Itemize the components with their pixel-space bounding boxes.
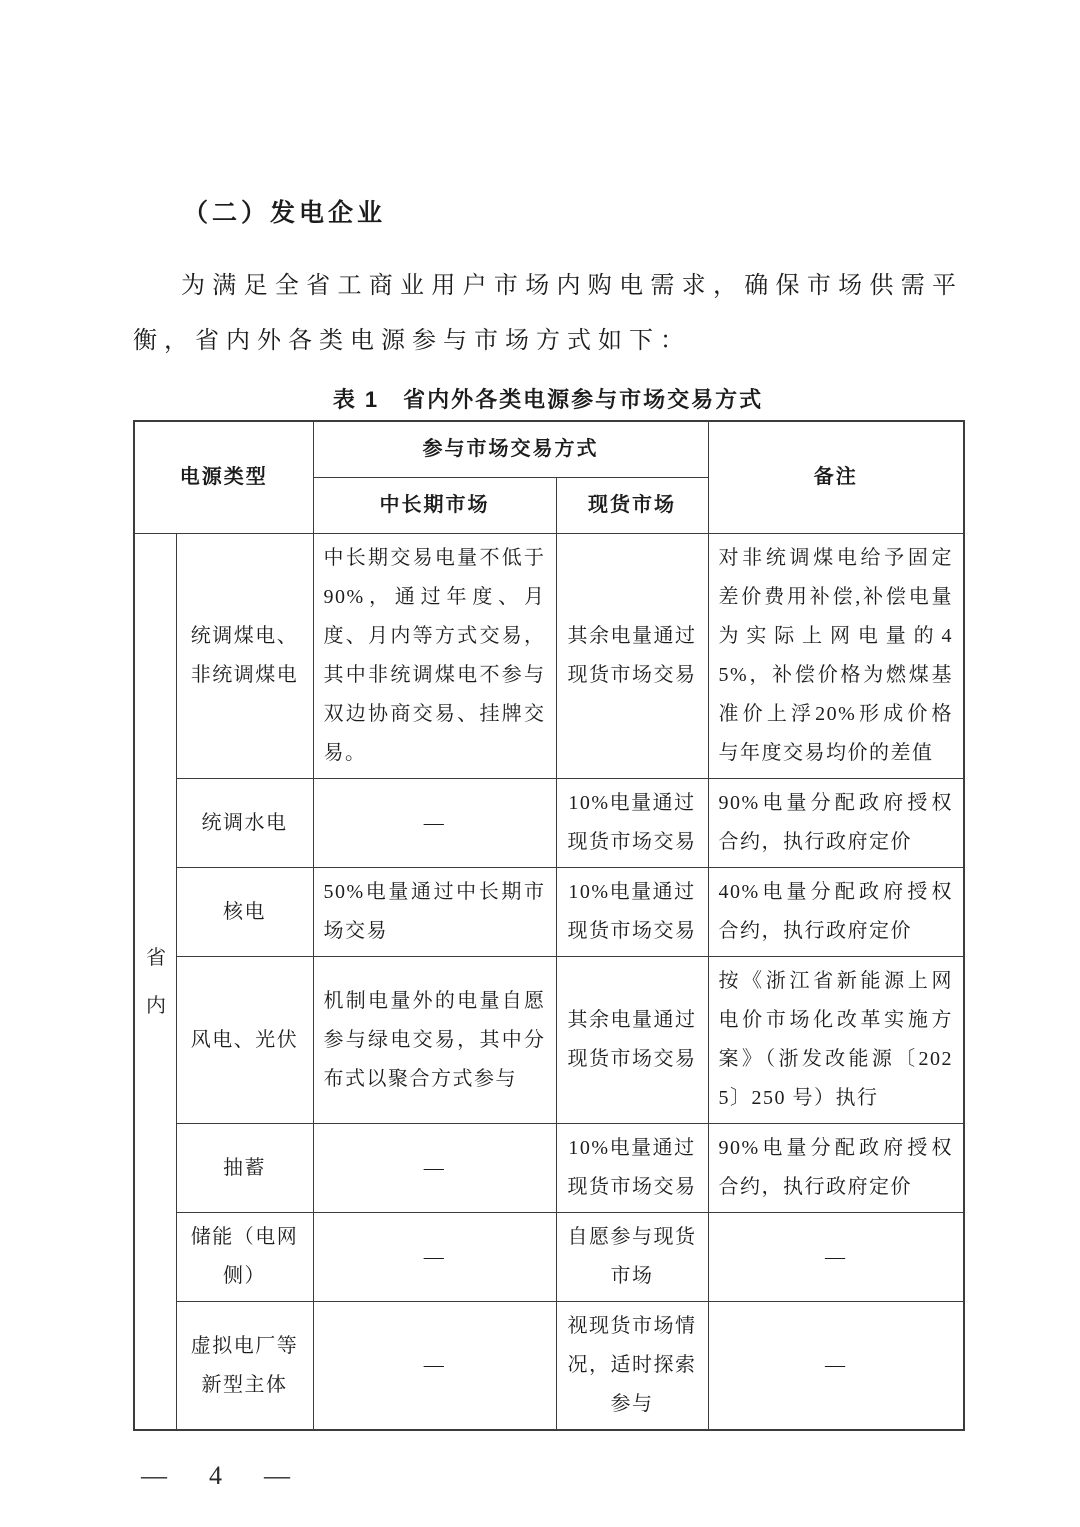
footer-right-dash: —: [264, 1461, 290, 1491]
document-page: （二）发电企业 为满足全省工商业用户市场内购电需求，确保市场供需平衡，省内外各类…: [133, 0, 963, 1491]
page-footer: — 4 —: [141, 1461, 963, 1491]
spot-market-cell: 其余电量通过现货市场交易: [556, 534, 708, 779]
header-remark: 备注: [708, 421, 964, 534]
header-mid-long-term: 中长期市场: [313, 478, 556, 534]
mid-long-term-cell: —: [313, 1213, 556, 1302]
spot-market-cell: 10%电量通过现货市场交易: [556, 868, 708, 957]
mid-long-term-cell: 机制电量外的电量自愿参与绿电交易，其中分布式以聚合方式参与: [313, 957, 556, 1124]
page-number: 4: [209, 1461, 222, 1491]
header-trade-group: 参与市场交易方式: [313, 421, 708, 478]
table-caption: 表 1 省内外各类电源参与市场交易方式: [133, 383, 963, 414]
power-source-market-table: 电源类型 参与市场交易方式 备注 中长期市场 现货市场 省内 统调煤电、非统调煤…: [133, 420, 965, 1431]
spot-market-cell: 10%电量通过现货市场交易: [556, 779, 708, 868]
power-source-type-cell: 抽蓄: [176, 1124, 313, 1213]
remark-cell: 90%电量分配政府授权合约，执行政府定价: [708, 1124, 964, 1213]
mid-long-term-cell: —: [313, 779, 556, 868]
power-source-type-cell: 风电、光伏: [176, 957, 313, 1124]
header-spot: 现货市场: [556, 478, 708, 534]
power-source-type-cell: 虚拟电厂等新型主体: [176, 1302, 313, 1431]
table-row: 储能（电网侧） — 自愿参与现货市场 —: [134, 1213, 964, 1302]
spot-market-cell: 其余电量通过现货市场交易: [556, 957, 708, 1124]
remark-cell: 按《浙江省新能源上网电价市场化改革实施方案》（浙发改能源〔2025〕250 号）…: [708, 957, 964, 1124]
spot-market-cell: 10%电量通过现货市场交易: [556, 1124, 708, 1213]
remark-cell: 90%电量分配政府授权合约，执行政府定价: [708, 779, 964, 868]
region-label-cell: 省内: [134, 534, 176, 1431]
spot-market-cell: 视现货市场情况，适时探索参与: [556, 1302, 708, 1431]
remark-cell: 40%电量分配政府授权合约，执行政府定价: [708, 868, 964, 957]
mid-long-term-cell: —: [313, 1302, 556, 1431]
mid-long-term-cell: 中长期交易电量不低于90%，通过年度、月度、月内等方式交易，其中非统调煤电不参与…: [313, 534, 556, 779]
table-row: 统调水电 — 10%电量通过现货市场交易 90%电量分配政府授权合约，执行政府定…: [134, 779, 964, 868]
mid-long-term-cell: —: [313, 1124, 556, 1213]
remark-cell: 对非统调煤电给予固定差价费用补偿,补偿电量为实际上网电量的45%，补偿价格为燃煤…: [708, 534, 964, 779]
power-source-type-cell: 储能（电网侧）: [176, 1213, 313, 1302]
mid-long-term-cell: 50%电量通过中长期市场交易: [313, 868, 556, 957]
remark-cell: —: [708, 1213, 964, 1302]
power-source-type-cell: 统调煤电、非统调煤电: [176, 534, 313, 779]
spot-market-cell: 自愿参与现货市场: [556, 1213, 708, 1302]
table-header-row-1: 电源类型 参与市场交易方式 备注: [134, 421, 964, 478]
remark-cell: —: [708, 1302, 964, 1431]
table-row: 抽蓄 — 10%电量通过现货市场交易 90%电量分配政府授权合约，执行政府定价: [134, 1124, 964, 1213]
power-source-type-cell: 核电: [176, 868, 313, 957]
table-row: 风电、光伏 机制电量外的电量自愿参与绿电交易，其中分布式以聚合方式参与 其余电量…: [134, 957, 964, 1124]
section-heading: （二）发电企业: [133, 196, 963, 231]
footer-left-dash: —: [141, 1461, 167, 1491]
table-row: 省内 统调煤电、非统调煤电 中长期交易电量不低于90%，通过年度、月度、月内等方…: [134, 534, 964, 779]
intro-paragraph: 为满足全省工商业用户市场内购电需求，确保市场供需平衡，省内外各类电源参与市场方式…: [133, 259, 963, 369]
region-label: 省内: [145, 934, 167, 1030]
table-row: 核电 50%电量通过中长期市场交易 10%电量通过现货市场交易 40%电量分配政…: [134, 868, 964, 957]
table-row: 虚拟电厂等新型主体 — 视现货市场情况，适时探索参与 —: [134, 1302, 964, 1431]
power-source-type-cell: 统调水电: [176, 779, 313, 868]
header-source-type: 电源类型: [134, 421, 313, 534]
